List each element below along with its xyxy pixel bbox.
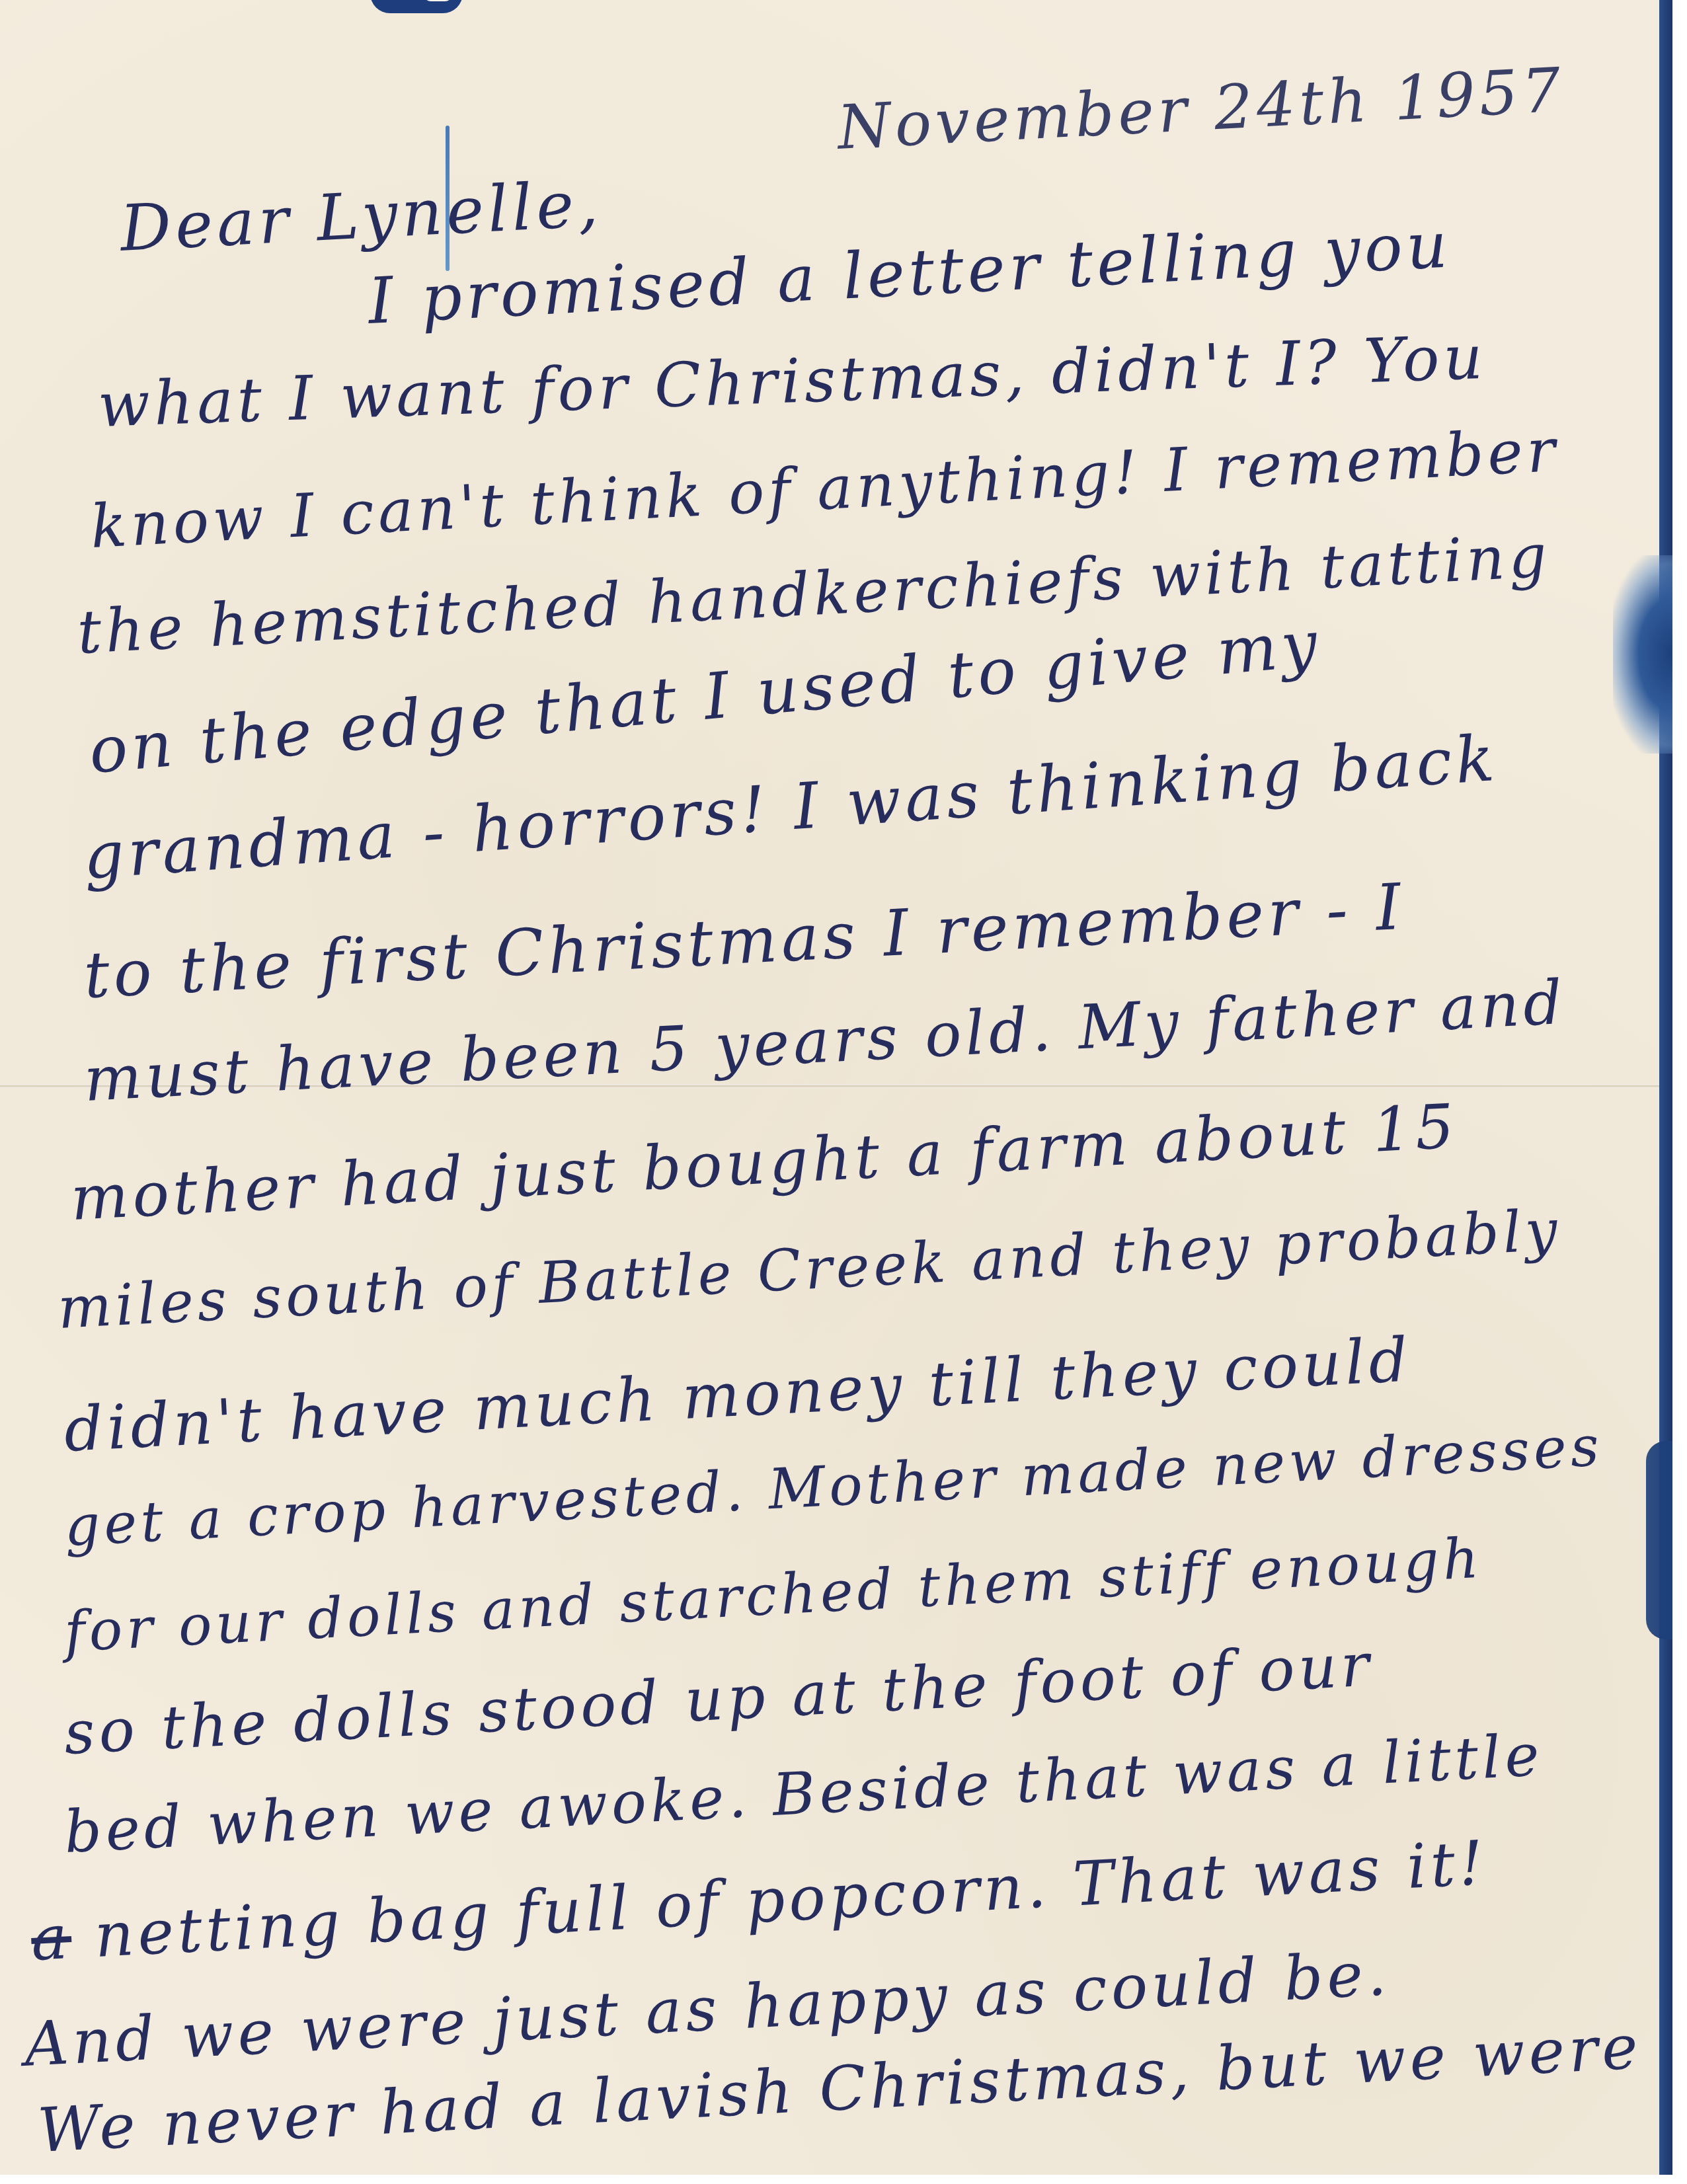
struck-through-text: a <box>29 1902 73 1974</box>
ink-blot-right-lower <box>1646 1441 1672 1639</box>
letter-salutation: Dear Lynelle, <box>118 167 604 266</box>
letter-line: what I want for Christmas, didn't I? You <box>97 322 1487 441</box>
ink-blot-right-upper <box>1613 555 1672 754</box>
letter-page: November 24th 1957 Dear Lynelle, I promi… <box>0 0 1672 2175</box>
ink-blot <box>370 0 463 13</box>
blue-edge-stain <box>1659 0 1672 2175</box>
letter-date: November 24th 1957 <box>836 55 1566 163</box>
